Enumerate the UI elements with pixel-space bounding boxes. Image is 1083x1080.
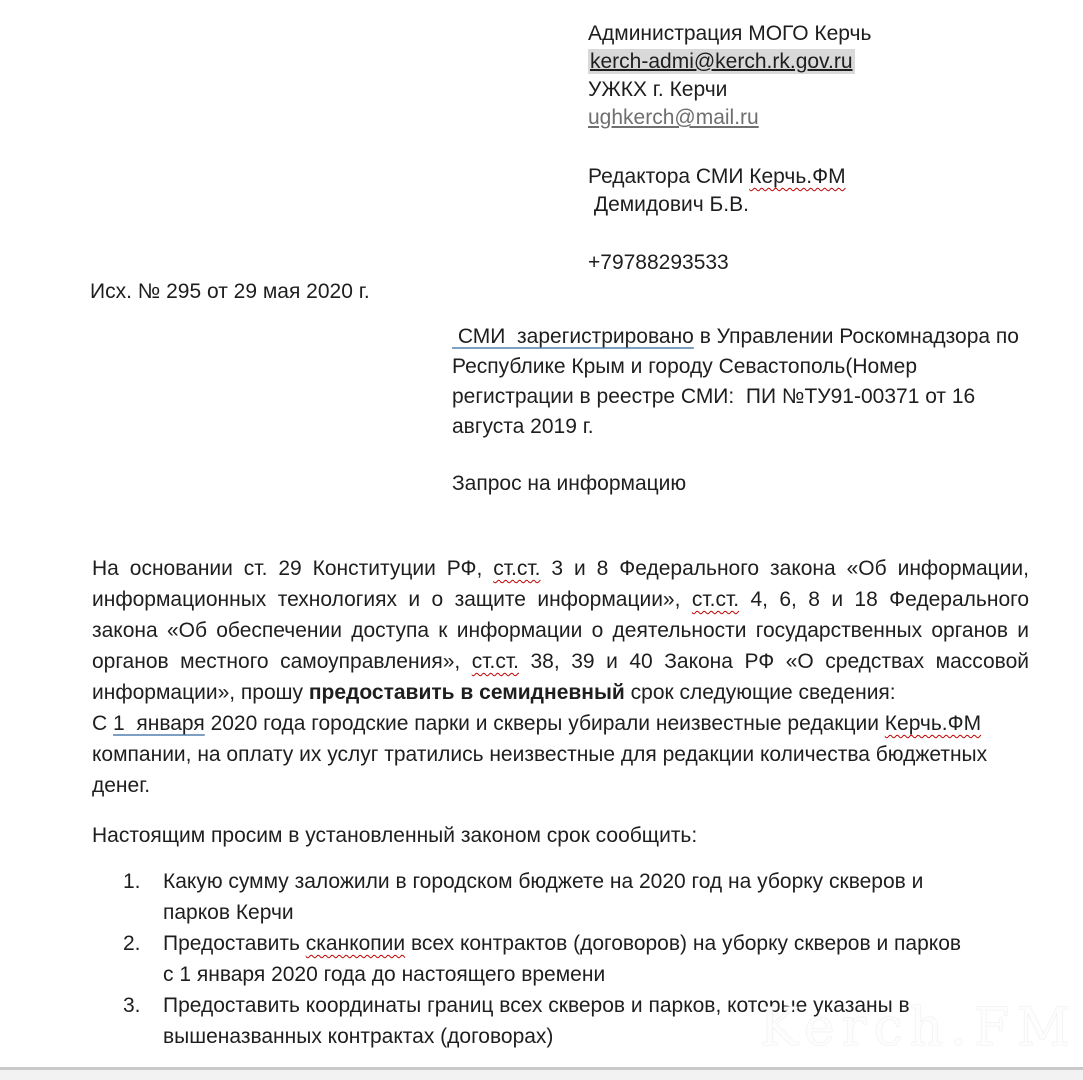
- document-page: { "document": { "recipients": { "admin_n…: [0, 0, 1083, 1080]
- sender-block: Редактора СМИ Керчь.ФМ Демидович Б.В.: [588, 163, 846, 219]
- recipient-uzhkh-email-line: ughkerch@mail.ru: [588, 104, 871, 132]
- registration-underlined-text: СМИ зарегистрировано: [452, 325, 694, 348]
- list-item: 2. Предоставить сканкопии всех контракто…: [92, 928, 1029, 990]
- media-name-spellchecked: Керчь.ФМ: [749, 165, 845, 188]
- window-bottom-edge: [0, 1067, 1083, 1080]
- body-block: На основании ст. 29 Конституции РФ, ст.с…: [92, 553, 1029, 1052]
- media-name-spellchecked: Керчь.ФМ: [885, 712, 981, 735]
- legal-seg: срок следующие сведения:: [625, 681, 896, 704]
- list-item-text: Какую сумму заложили в городском бюджете…: [163, 866, 1029, 928]
- recipient-admin-name: Администрация МОГО Керчь: [588, 20, 871, 48]
- recipient-uzhkh-name: УЖКХ г. Керчи: [588, 76, 871, 104]
- grammar-underlined-date: 1 января: [113, 712, 205, 735]
- kerchfm-watermark: Kerch.FM: [759, 998, 1077, 1058]
- legal-seg: На основании ст. 29 Конституции РФ,: [92, 557, 493, 580]
- subject-title: Запрос на информацию: [452, 472, 686, 496]
- list-item-number: 1.: [123, 866, 163, 897]
- sender-editor-line: Редактора СМИ Керчь.ФМ: [588, 163, 846, 191]
- editor-title-text: Редактора СМИ: [588, 165, 749, 188]
- uzhkh-email-link[interactable]: ughkerch@mail.ru: [588, 106, 759, 129]
- recipient-admin-email-line: kerch-admi@kerch.rk.gov.ru: [588, 48, 871, 76]
- list-item-text: Предоставить сканкопии всех контрактов (…: [163, 928, 1029, 990]
- sender-phone: +79788293533: [588, 251, 729, 275]
- cleanup-seg: 2020 года городские парки и скверы убира…: [205, 712, 885, 735]
- spellchecked-word: ст.ст.: [472, 650, 519, 673]
- spellchecked-word: ст.ст.: [493, 557, 540, 580]
- deadline-bold-text: предоставить в семидневный: [309, 681, 625, 704]
- parks-cleanup-paragraph: С 1 января 2020 года городские парки и с…: [92, 708, 1029, 801]
- cleanup-seg: компании, на оплату их услуг тратились н…: [92, 743, 987, 797]
- cleanup-seg: С: [92, 712, 113, 735]
- list-item-seg: Предоставить: [163, 932, 306, 955]
- sender-person-name: Демидович Б.В.: [588, 191, 846, 219]
- recipient-block: Администрация МОГО Керчь kerch-admi@kerc…: [588, 20, 871, 132]
- legal-basis-paragraph: На основании ст. 29 Конституции РФ, ст.с…: [92, 553, 1029, 708]
- list-item: 1. Какую сумму заложили в городском бюдж…: [92, 866, 1029, 928]
- spellchecked-word: сканкопии: [306, 932, 405, 955]
- outgoing-reference: Исх. № 295 от 29 мая 2020 г.: [90, 280, 370, 304]
- spellchecked-word: ст.ст.: [692, 588, 739, 611]
- registration-note: СМИ зарегистрировано в Управлении Роском…: [452, 322, 1030, 442]
- request-intro-line: Настоящим просим в установленный законом…: [92, 820, 1029, 851]
- admin-email-link[interactable]: kerch-admi@kerch.rk.gov.ru: [588, 49, 855, 74]
- list-item-number: 3.: [123, 990, 163, 1021]
- list-item-number: 2.: [123, 928, 163, 959]
